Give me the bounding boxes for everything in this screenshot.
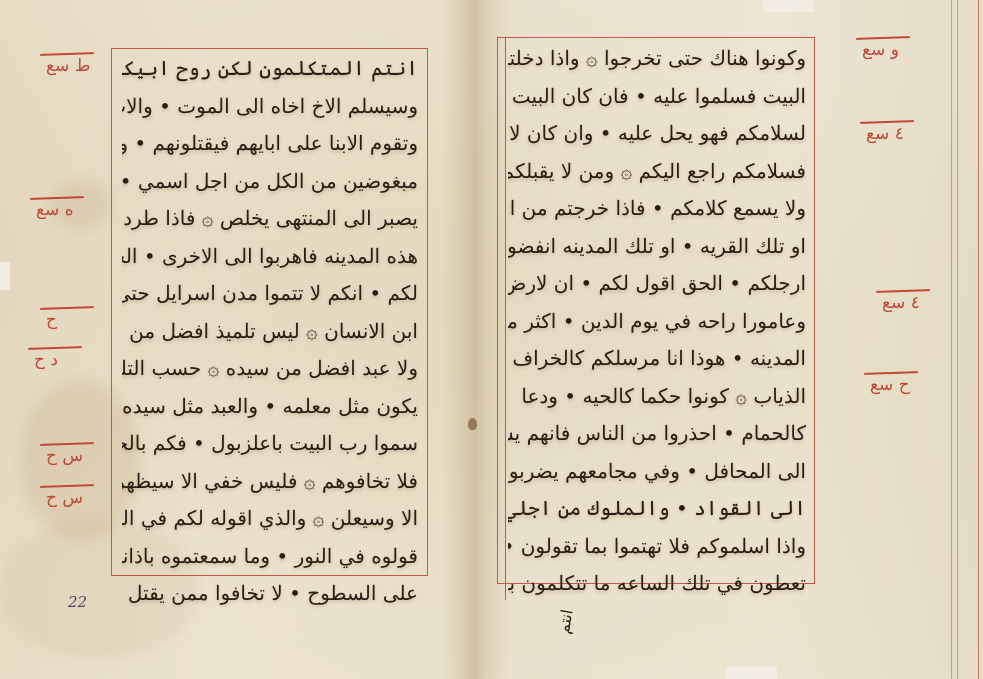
margin-note: س ح bbox=[46, 488, 83, 508]
text-line: على السطوح • لا تخافوا ممن يقتل الجسد • … bbox=[122, 575, 418, 613]
text-line: انتم المتكلمون لكن روح ابيكم تتكلم فيكم … bbox=[122, 50, 418, 88]
text-line: الا وسيعلن ۞ والذي اقوله لكم في الظلمه • bbox=[122, 500, 418, 538]
edge-rule bbox=[957, 0, 958, 679]
edge-rule bbox=[978, 0, 979, 679]
left-page: انتم المتكلمون لكن روح ابيكم تتكلم فيكم … bbox=[0, 0, 485, 679]
text-line: وسيسلم الاخ اخاه الى الموت • والاب ابنه bbox=[122, 88, 418, 126]
text-line: الذياب ۞ كونوا حكما كالحيه • ودعا bbox=[508, 378, 806, 416]
margin-note: ط سع bbox=[46, 56, 90, 76]
text-line: وعامورا راحه في يوم الدين • اكثر من تلك bbox=[508, 303, 806, 341]
text-line: وكونوا هناك حتى تخرجوا ۞ واذا دخلتم الى bbox=[508, 40, 806, 78]
text-line: الى القواد • والملوك من اجلي شهاده لكم و… bbox=[508, 490, 806, 528]
margin-note: ح bbox=[46, 310, 57, 330]
text-line: تعطون في تلك الساعه ما تتكلمون به • ولست… bbox=[508, 565, 806, 603]
margin-note: و سع bbox=[862, 40, 899, 60]
text-line: مبغوضين من الكل من اجل اسمي • والذي bbox=[122, 163, 418, 201]
margin-note: ٤ سع bbox=[866, 124, 904, 144]
text-line: وتقوم الابنا على ابايهم فيقتلونهم • وتكو… bbox=[122, 125, 418, 163]
text-line: ابن الانسان ۞ ليس تلميذ افضل من معلمه • bbox=[122, 313, 418, 351]
margin-note: د ح bbox=[34, 350, 58, 370]
text-line: لسلامكم فهو يحل عليه • وان كان لا يستحق bbox=[508, 115, 806, 153]
text-line: ولا عبد افضل من سيده ۞ حسب التلميذ ان bbox=[122, 350, 418, 388]
text-block-left: انتم المتكلمون لكن روح ابيكم تتكلم فيكم … bbox=[122, 50, 418, 613]
page-tab bbox=[725, 667, 777, 679]
text-line: المدينه • هوذا انا مرسلكم كالخراف بين bbox=[508, 340, 806, 378]
text-line: واذا اسلموكم فلا تهتموا بما تقولون • فان… bbox=[508, 528, 806, 566]
text-line: ارجلكم • الحق اقول لكم • ان لارض سدوم bbox=[508, 265, 806, 303]
margin-note: ٤ سع bbox=[882, 293, 920, 313]
text-line: قولوه في النور • وما سمعتموه باذانكم فاك… bbox=[122, 538, 418, 576]
text-line: كالحمام • احذروا من الناس فانهم يسلمونكم bbox=[508, 415, 806, 453]
page-tab bbox=[0, 262, 10, 290]
text-line: سموا رب البيت باعلزبول • فكم بالحري اهل … bbox=[122, 425, 418, 463]
text-line: البيت فسلموا عليه • فان كان البيت مستحقا bbox=[508, 78, 806, 116]
page-tab bbox=[763, 0, 814, 12]
text-line: يكون مثل معلمه • والعبد مثل سيده • ان كا… bbox=[122, 388, 418, 426]
margin-note: ح سع bbox=[870, 375, 910, 395]
text-line: فسلامكم راجع اليكم ۞ ومن لا يقبلكم bbox=[508, 153, 806, 191]
text-line: لكم • انكم لا تتموا مدن اسرايل حتى ياتي bbox=[122, 275, 418, 313]
manuscript-spread: انتم المتكلمون لكن روح ابيكم تتكلم فيكم … bbox=[0, 0, 983, 679]
margin-note: س ح bbox=[46, 446, 83, 466]
frame-rule-extension bbox=[505, 37, 506, 600]
folio-number: 22 bbox=[68, 593, 87, 611]
text-line: هذه المدينه فاهربوا الى الاخرى • الحق اق… bbox=[122, 238, 418, 276]
text-block-right: وكونوا هناك حتى تخرجوا ۞ واذا دخلتم الى … bbox=[508, 40, 806, 603]
text-line: فلا تخافوهم ۞ فليس خفي الا سيظهر • ولا م… bbox=[122, 463, 418, 501]
edge-rule bbox=[951, 0, 952, 679]
gutter-spot bbox=[468, 418, 477, 430]
text-line: يصبر الى المنتهى يخلص ۞ فاذا طردوكم من bbox=[122, 200, 418, 238]
text-line: او تلك القريه • او تلك المدينه انفضوا غب… bbox=[508, 228, 806, 266]
text-line: ولا يسمع كلامكم • فاذا خرجتم من البيت bbox=[508, 190, 806, 228]
text-line: الى المحافل • وفي مجامعهم يضربونكم • ويق… bbox=[508, 453, 806, 491]
margin-note: ه سع bbox=[36, 200, 74, 220]
